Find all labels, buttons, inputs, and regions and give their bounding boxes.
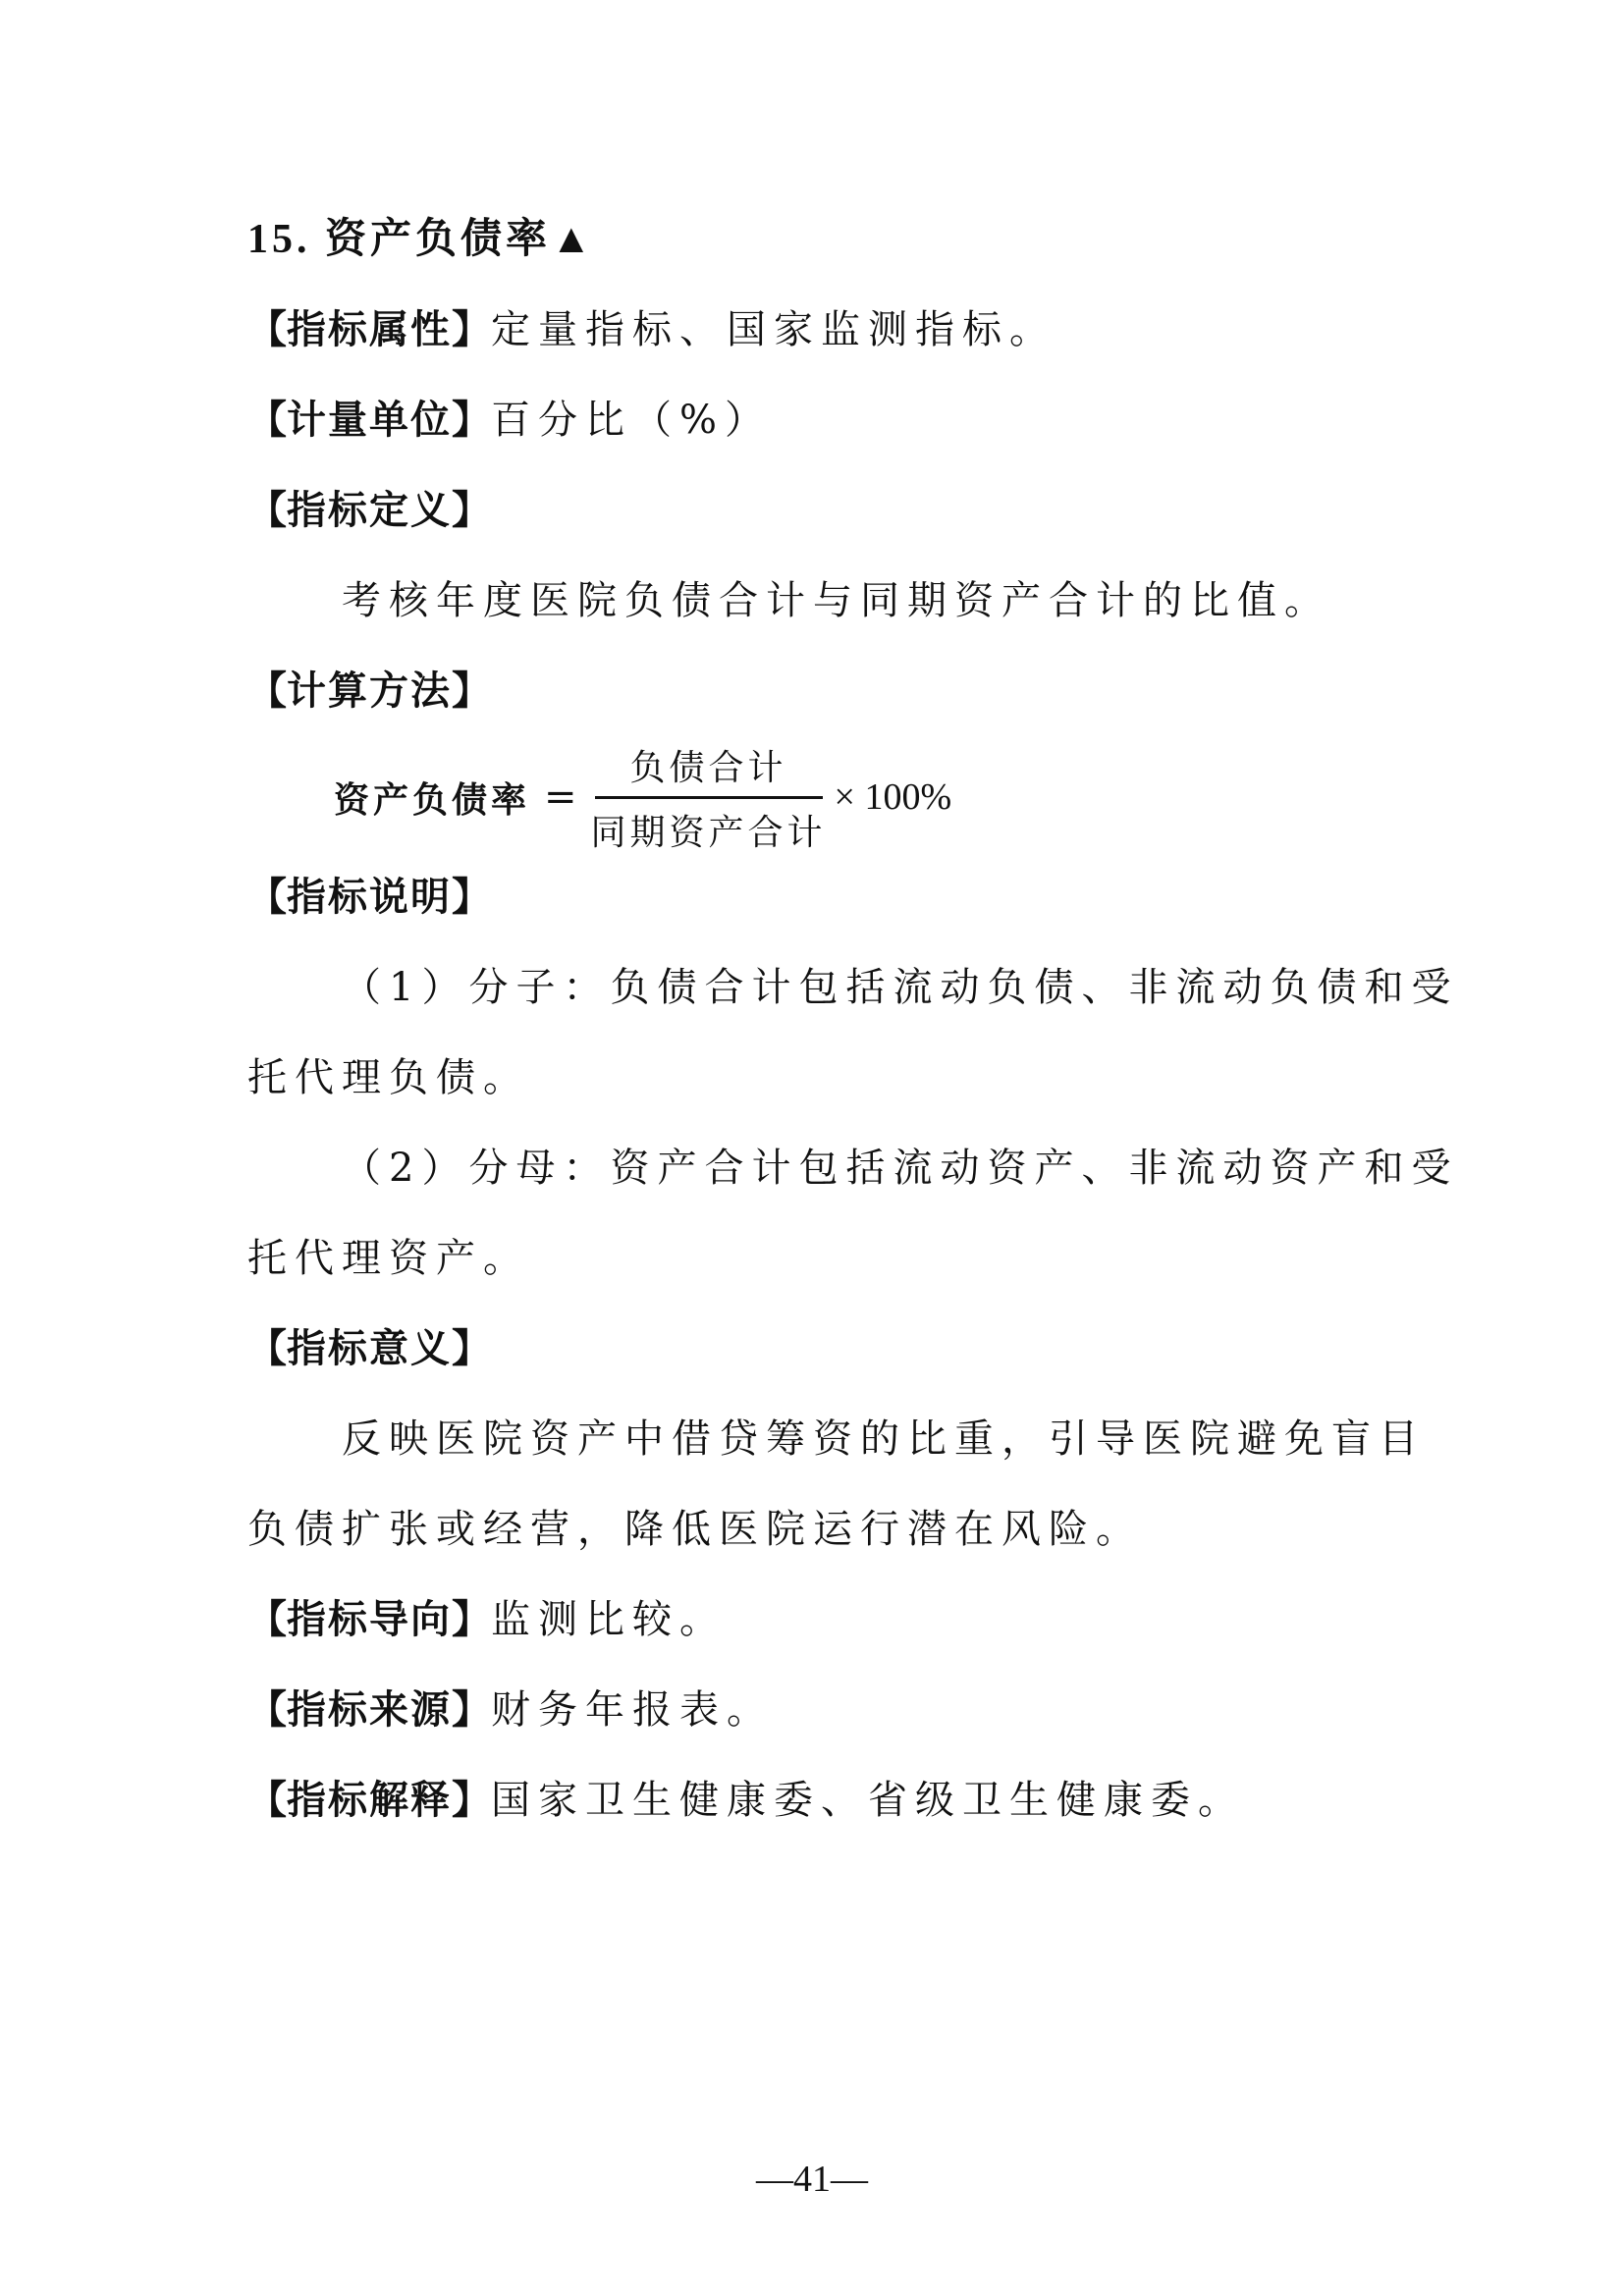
formula-lhs: 资产负债率 <box>334 773 530 823</box>
formula-numerator: 负债合计 <box>630 740 787 796</box>
formula-denominator: 同期资产合计 <box>591 799 827 855</box>
unit-value: 百分比（%） <box>491 398 772 443</box>
formula-fraction: 负债合计 同期资产合计 <box>591 740 827 855</box>
explanation-item-2-line-1: （2）分母：资产合计包括流动资产、非流动资产和受 <box>342 1139 1458 1198</box>
section-number: 15. <box>247 217 311 262</box>
source-label: 【指标来源】 <box>247 1687 491 1733</box>
definition-heading: 【指标定义】 <box>247 481 491 540</box>
attribute-label: 【指标属性】 <box>247 307 491 352</box>
section-title-text: 资产负债率 <box>325 217 551 262</box>
formula: 资产负债率 = 负债合计 同期资产合计 × 100% <box>334 738 951 856</box>
interpretation-label: 【指标解释】 <box>247 1778 491 1823</box>
attribute-row: 【指标属性】定量指标、国家监测指标。 <box>247 300 1056 359</box>
explanation-item-2-line-2: 托代理资产。 <box>247 1229 530 1288</box>
unit-label: 【计量单位】 <box>247 398 491 443</box>
explanation-heading: 【指标说明】 <box>247 868 491 927</box>
unit-row: 【计量单位】百分比（%） <box>247 391 772 450</box>
page-number: —41— <box>0 2158 1624 2201</box>
source-value: 财务年报表。 <box>491 1687 774 1733</box>
orientation-label: 【指标导向】 <box>247 1597 491 1642</box>
orientation-row: 【指标导向】监测比较。 <box>247 1590 727 1649</box>
significance-line-2: 负债扩张或经营，降低医院运行潜在风险。 <box>247 1500 1143 1559</box>
significance-line-1: 反映医院资产中借贷筹资的比重，引导医院避免盲目 <box>342 1410 1426 1468</box>
attribute-value: 定量指标、国家监测指标。 <box>491 307 1056 352</box>
formula-equals: = <box>544 774 577 820</box>
interpretation-value: 国家卫生健康委、省级卫生健康委。 <box>491 1778 1245 1823</box>
triangle-marker-icon: ▲ <box>551 217 596 262</box>
orientation-value: 监测比较。 <box>491 1597 727 1642</box>
section-title: 15. 资产负债率▲ <box>247 210 596 269</box>
interpretation-row: 【指标解释】国家卫生健康委、省级卫生健康委。 <box>247 1771 1245 1830</box>
explanation-item-1-line-2: 托代理负债。 <box>247 1048 530 1107</box>
method-heading: 【计算方法】 <box>247 662 491 721</box>
formula-multiplier: × 100% <box>835 775 952 819</box>
significance-heading: 【指标意义】 <box>247 1319 491 1378</box>
explanation-item-1-line-1: （1）分子：负债合计包括流动负债、非流动负债和受 <box>342 958 1458 1017</box>
definition-text: 考核年度医院负债合计与同期资产合计的比值。 <box>342 571 1331 630</box>
source-row: 【指标来源】财务年报表。 <box>247 1681 774 1739</box>
